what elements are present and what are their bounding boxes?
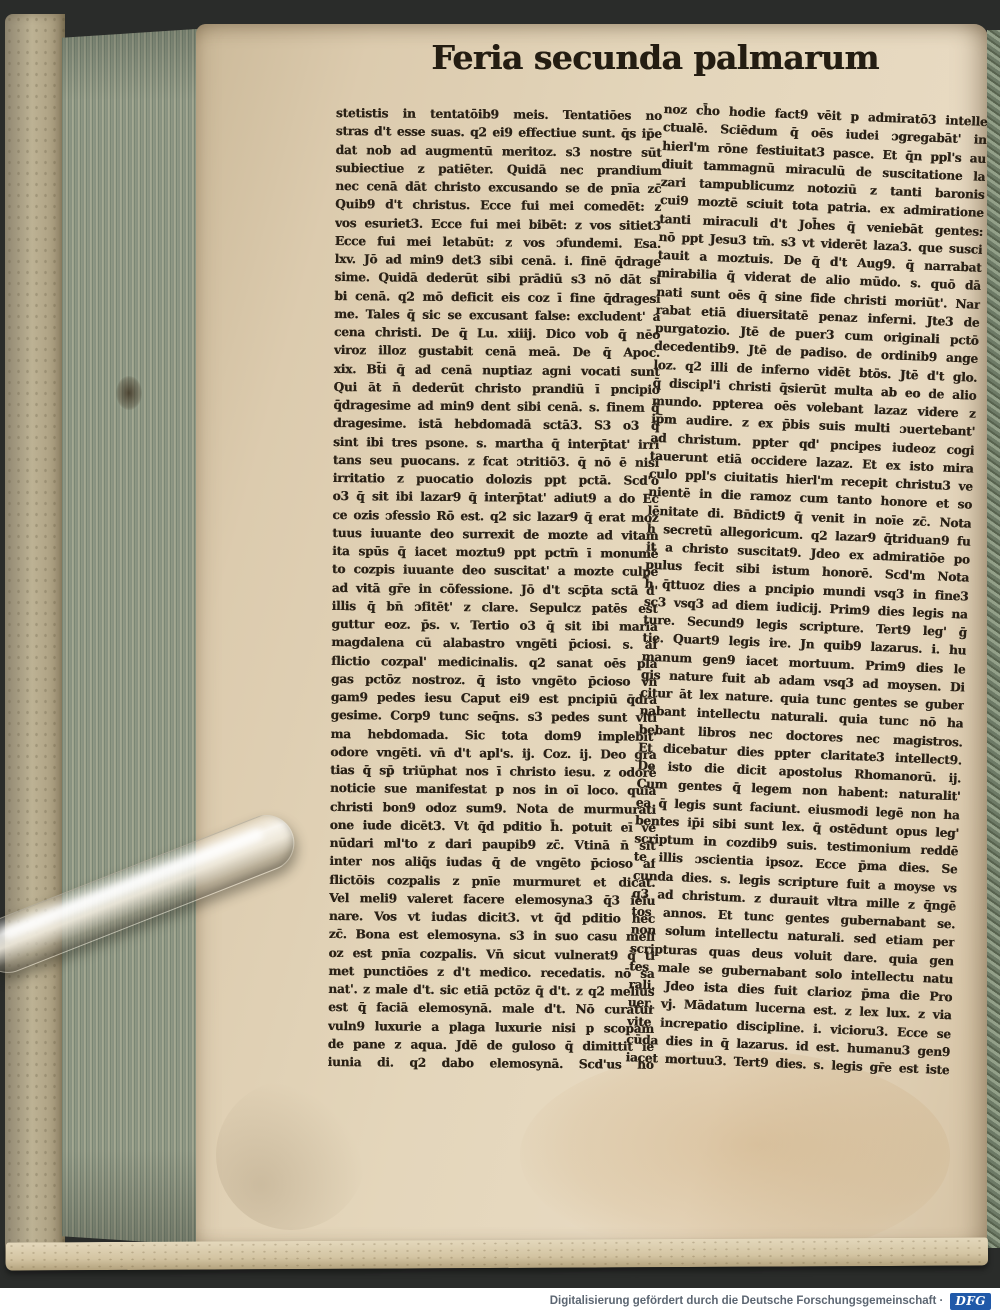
text-line: iunia di. q2 dabo elemosynā. Scd'us ho [328, 1053, 654, 1074]
text-line: Quib9 d't christus. Ecce fui mei comedēt… [335, 195, 661, 216]
text-line: inter nos aliq̄s iudas q̄ de vngēto p̄ci… [329, 852, 655, 873]
text-line: dragesime. istā hebdomadā sctā3. S3 o3 q… [333, 414, 659, 435]
text-column-right: noz ch̄o hodie fact9 vēit p admiratō3 in… [625, 100, 988, 1079]
text-line: sime. Quidā dederūt sibi prādiū s3 nō dā… [334, 268, 660, 289]
dfg-logo: DFG [950, 1293, 991, 1310]
text-line: noticie sue manifestat p nos in oī loco.… [330, 779, 656, 800]
page-edges-stack [62, 28, 212, 1246]
text-line: gesime. Corp9 tunc seq̄ns. s3 pedes sunt… [331, 706, 657, 727]
edge-stain [116, 376, 142, 410]
page-title: Feria secunda palmarum [420, 38, 890, 77]
text-line: to cozpis iuuante deo suscitat' a mozte … [332, 560, 658, 581]
gutter-edge-texture [987, 30, 1000, 1248]
text-line: est q̄ faciā elemosynā. male d't. Nō cur… [328, 998, 654, 1019]
text-line: magdalena cū alabastro vngēti p̄ciosi. s… [331, 633, 657, 654]
text-line: zc̄. Bona est elemosyna. s3 in suo casu … [329, 925, 655, 946]
text-line: stras d't esse suas. q2 ei9 effectiue su… [336, 122, 662, 143]
page-corner-stain [216, 1080, 366, 1230]
text-line: o3 q̄ sit ibi lazar9 q̄ interp̄tat' adiu… [332, 487, 658, 508]
book-cover-spine [5, 14, 65, 1270]
page-stain [520, 1050, 950, 1260]
footer-bar: Digitalisierung gefördert durch die Deut… [0, 1288, 1000, 1314]
book-bottom-edge [6, 1237, 988, 1270]
text-line: viroz illoz gustabit cenā meā. De q̄ Apo… [334, 341, 660, 362]
digitization-credit: Digitalisierung gefördert durch die Deut… [550, 1295, 944, 1307]
text-column-left: stetistis in tentatōib9 meis. Tentatiōes… [328, 104, 662, 1074]
book-photo: Feria secunda palmarum stetistis in tent… [0, 0, 1000, 1288]
